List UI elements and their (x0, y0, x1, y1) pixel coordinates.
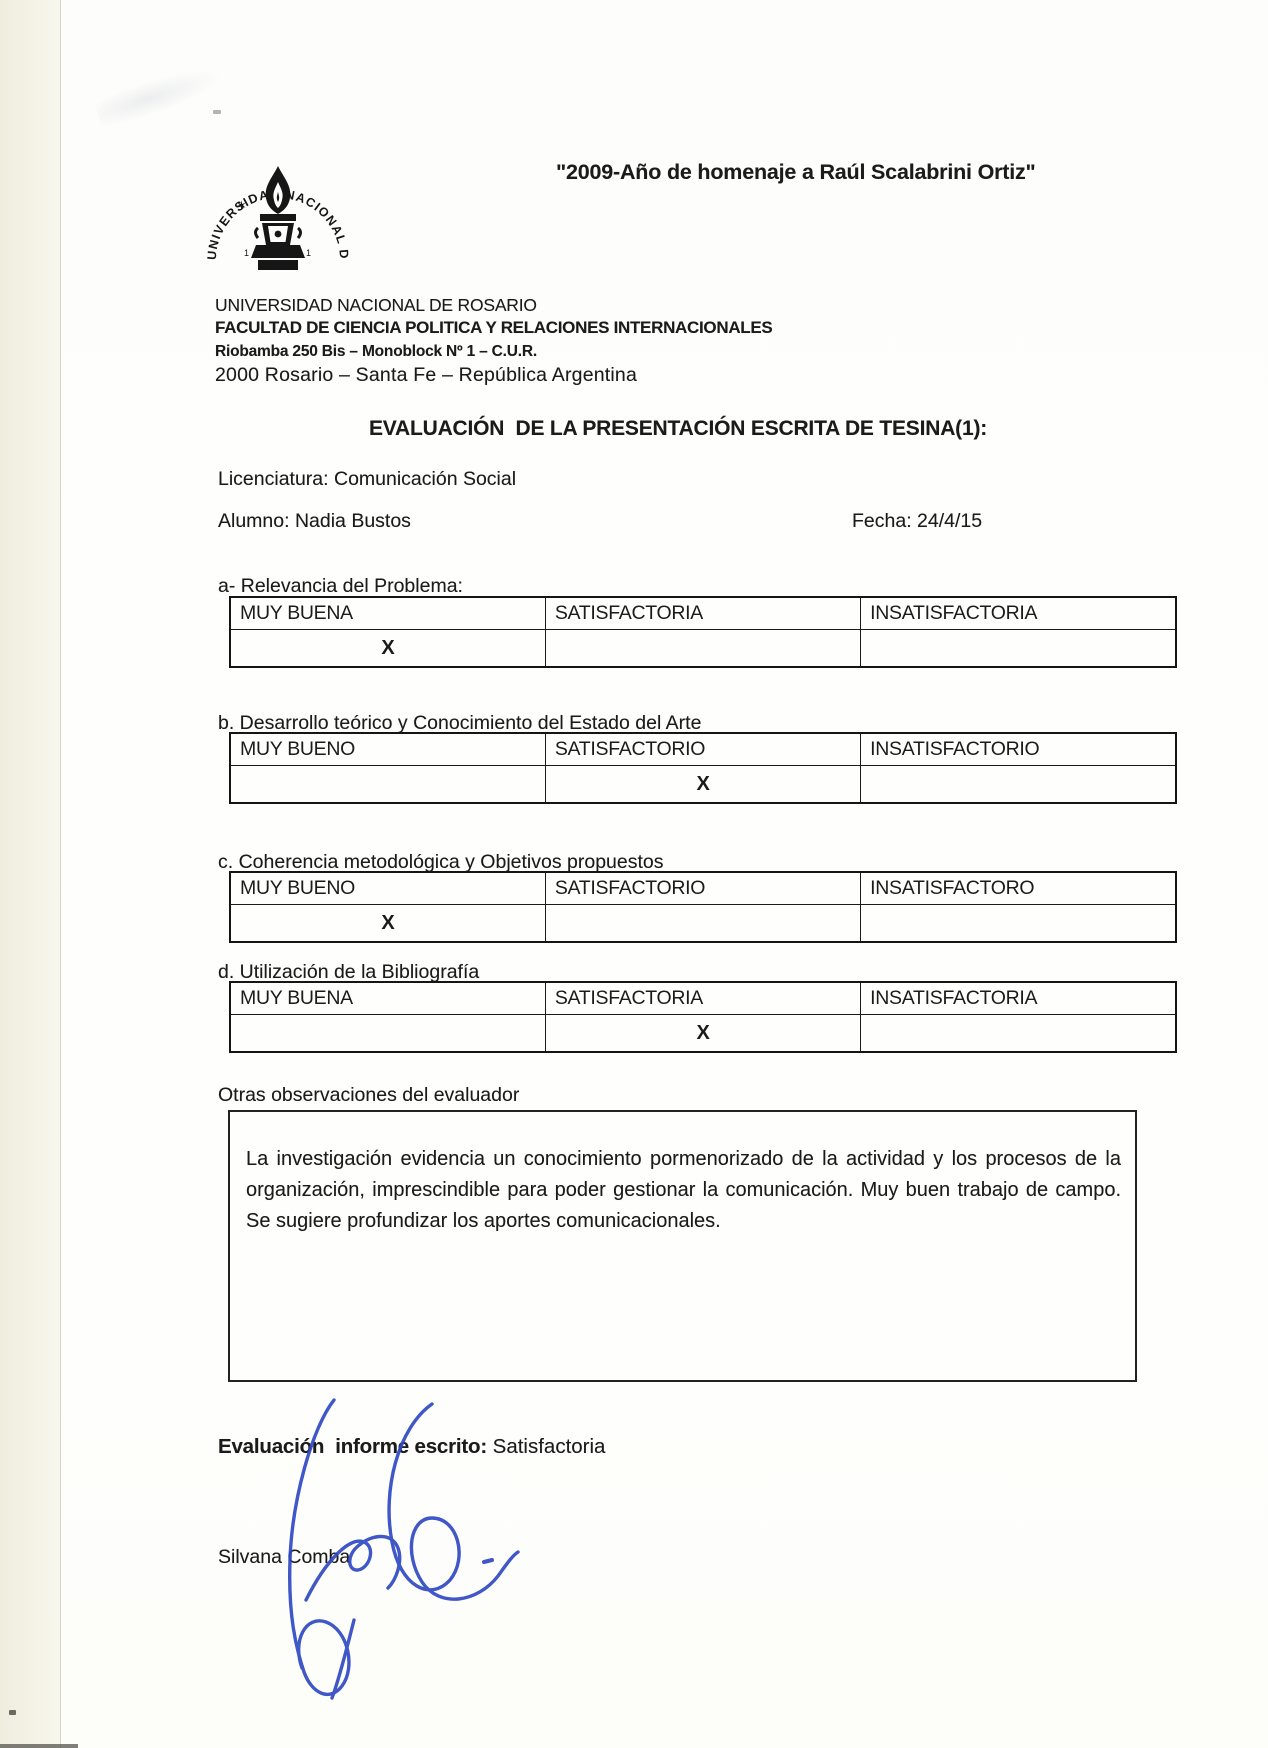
scan-speck (213, 110, 221, 114)
scan-edge-seam (60, 0, 61, 1748)
section-b-rating-table: MUY BUENO SATISFACTORIO INSATISFACTORIO … (229, 732, 1177, 804)
table-mark-row: X (230, 630, 1176, 668)
table-mark-row: X (230, 1015, 1176, 1053)
scan-edge-strip (0, 0, 61, 1748)
mark-cell (861, 766, 1176, 804)
org-city: 2000 Rosario – Santa Fe – República Arge… (215, 364, 637, 387)
mark-cell: X (545, 766, 860, 804)
signature-handwriting (246, 1390, 546, 1710)
field-fecha: Fecha: 24/4/15 (852, 510, 982, 533)
section-d-rating-table: MUY BUENA SATISFACTORIA INSATISFACTORIA … (229, 981, 1177, 1053)
rating-option: INSATISFACTORIO (861, 733, 1176, 766)
pencil-smudge (93, 59, 227, 132)
mark-cell (861, 1015, 1176, 1053)
section-a-rating-table: MUY BUENA SATISFACTORIA INSATISFACTORIA … (229, 596, 1177, 668)
mark-cell: X (545, 1015, 860, 1053)
observations-label: Otras observaciones del evaluador (218, 1084, 519, 1107)
mark-cell: X (230, 630, 545, 668)
scanned-document-page: UNIVERSIDAD NACIONAL DE ROSARIO ✶ 1 1 "2… (0, 0, 1268, 1748)
university-seal-logo: UNIVERSIDAD NACIONAL DE ROSARIO ✶ 1 1 (192, 148, 364, 298)
rating-option: INSATISFACTORIA (861, 982, 1176, 1015)
document-title: EVALUACIÓN DE LA PRESENTACIÓN ESCRITA DE… (218, 417, 1138, 441)
table-mark-row: X (230, 905, 1176, 943)
mark-cell (861, 905, 1176, 943)
scan-bottom-edge (0, 1744, 78, 1748)
mark-cell (230, 1015, 545, 1053)
seal-star-icon: ✶ (236, 198, 247, 213)
section-a-label: a- Relevancia del Problema: (218, 575, 463, 598)
rating-option: SATISFACTORIA (545, 982, 860, 1015)
observations-box: La investigación evidencia un conocimien… (228, 1110, 1137, 1382)
rating-option: MUY BUENO (230, 872, 545, 905)
org-faculty: FACULTAD DE CIENCIA POLITICA Y RELACIONE… (215, 318, 772, 338)
mark-cell (545, 630, 860, 668)
rating-option: SATISFACTORIA (545, 597, 860, 630)
mark-cell: X (230, 905, 545, 943)
rating-option: SATISFACTORIO (545, 733, 860, 766)
svg-text:1: 1 (244, 248, 249, 258)
rating-option: MUY BUENA (230, 982, 545, 1015)
mark-cell (230, 766, 545, 804)
observations-text: La investigación evidencia un conocimien… (246, 1144, 1121, 1237)
mark-cell (545, 905, 860, 943)
org-name: UNIVERSIDAD NACIONAL DE ROSARIO (215, 295, 537, 316)
section-c-rating-table: MUY BUENO SATISFACTORIO INSATISFACTORO X (229, 871, 1177, 943)
svg-text:1: 1 (306, 248, 311, 258)
rating-option: MUY BUENA (230, 597, 545, 630)
table-mark-row: X (230, 766, 1176, 804)
header-quote: "2009-Año de homenaje a Raúl Scalabrini … (556, 160, 1036, 185)
rating-option: INSATISFACTORIA (861, 597, 1176, 630)
scan-speck (9, 1710, 16, 1715)
rating-option: INSATISFACTORO (861, 872, 1176, 905)
field-alumno: Alumno: Nadia Bustos (218, 510, 411, 533)
table-header-row: MUY BUENA SATISFACTORIA INSATISFACTORIA (230, 982, 1176, 1015)
table-header-row: MUY BUENO SATISFACTORIO INSATISFACTORIO (230, 733, 1176, 766)
rating-option: SATISFACTORIO (545, 872, 860, 905)
field-licenciatura: Licenciatura: Comunicación Social (218, 468, 516, 491)
table-header-row: MUY BUENA SATISFACTORIA INSATISFACTORIA (230, 597, 1176, 630)
mark-cell (861, 630, 1176, 668)
table-header-row: MUY BUENO SATISFACTORIO INSATISFACTORO (230, 872, 1176, 905)
rating-option: MUY BUENO (230, 733, 545, 766)
org-address: Riobamba 250 Bis – Monoblock Nº 1 – C.U.… (215, 343, 537, 361)
